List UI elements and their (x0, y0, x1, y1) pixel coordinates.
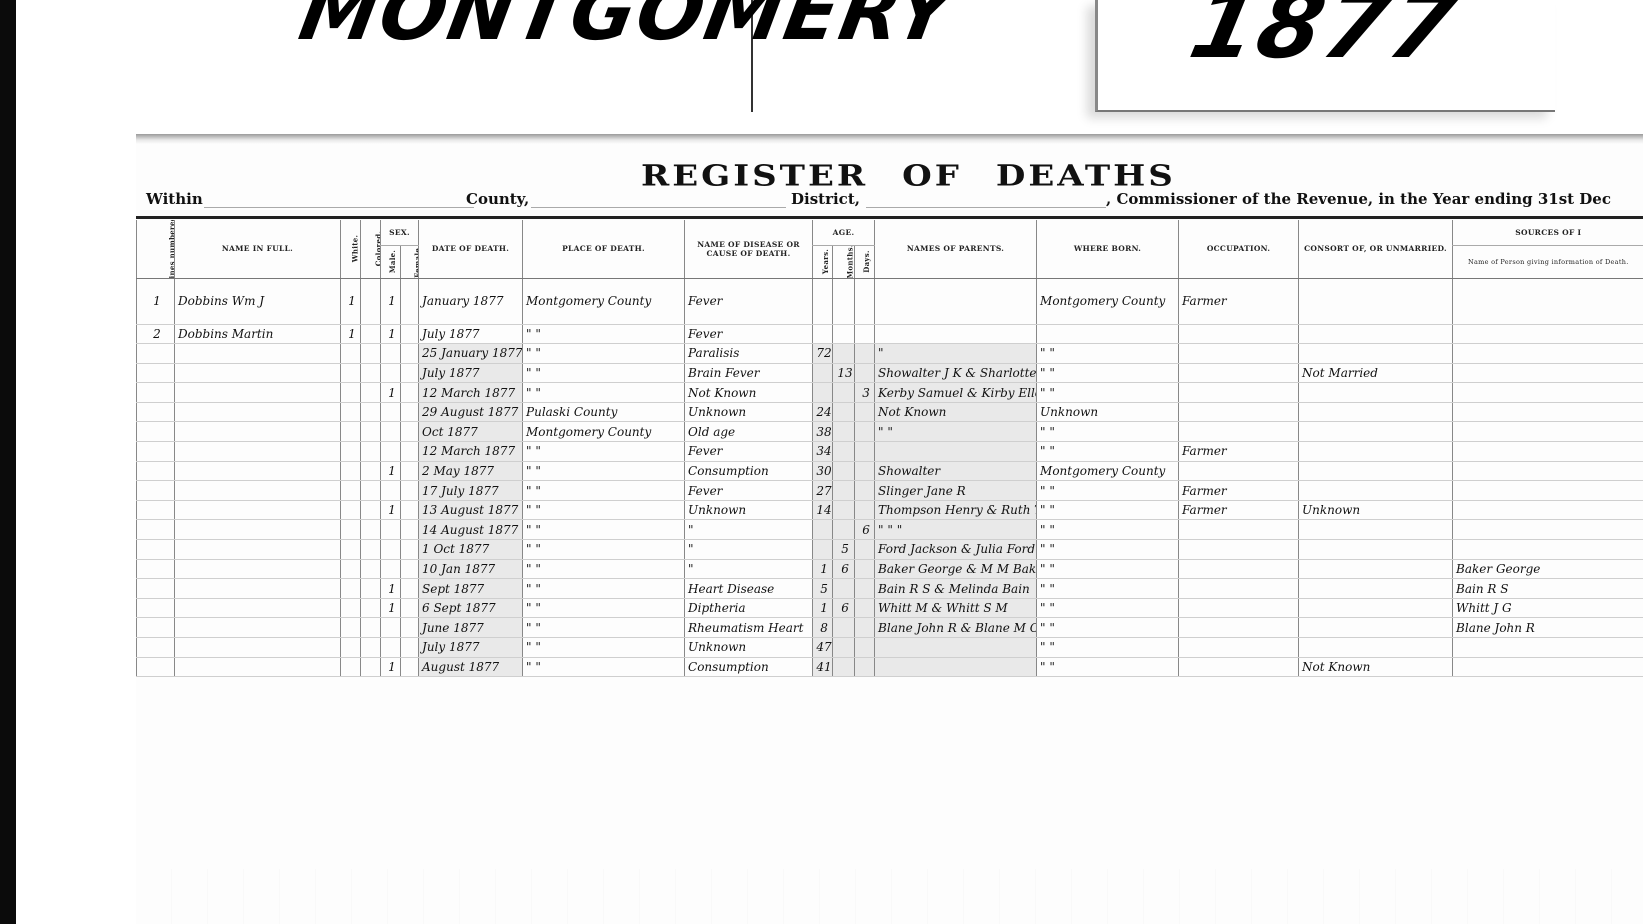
table-row: 17 July 1877" "Fever27Slinger Jane R" "F… (137, 481, 1643, 501)
cell-empty (361, 422, 381, 442)
cell-born (1037, 324, 1179, 344)
cell-days (855, 278, 875, 324)
cell-male (381, 442, 401, 462)
title-word: OF (902, 159, 962, 193)
cell-days (855, 598, 875, 618)
cell-white (341, 383, 361, 403)
cell-disease: Paralisis (685, 344, 813, 364)
cell-years: 72 (813, 344, 833, 364)
cell-informant (1453, 481, 1643, 501)
cell-informant (1453, 461, 1643, 481)
cell-date: 10 Jan 1877 (419, 559, 523, 579)
cell-line (137, 363, 175, 383)
col-male: Male. (381, 245, 401, 278)
table-row: 1August 1877" "Consumption41" "Not Known (137, 657, 1643, 677)
cell-consort (1299, 481, 1453, 501)
county-label-card: MONTGOMERY (283, 0, 753, 112)
col-disease: NAME OF DISEASE OR CAUSE OF DEATH. (685, 220, 813, 278)
table-row: 12 March 1877" "Fever34" "Farmer (137, 442, 1643, 462)
cell-years: 34 (813, 442, 833, 462)
col-sex-group: SEX. (381, 220, 419, 245)
cell-disease: Fever (685, 442, 813, 462)
cell-months: 5 (833, 540, 855, 560)
cell-informant (1453, 540, 1643, 560)
cell-name (175, 481, 341, 501)
cell-line (137, 481, 175, 501)
cell-male (381, 402, 401, 422)
cell-days (855, 481, 875, 501)
cell-male (381, 540, 401, 560)
cell-months (833, 442, 855, 462)
cell-white (341, 657, 361, 677)
cell-months (833, 500, 855, 520)
table-row: 14 August 1877" ""6" " "" " (137, 520, 1643, 540)
cell-disease: " (685, 520, 813, 540)
cell-years (813, 540, 833, 560)
col-informant: Name of Person giving information of Dea… (1453, 245, 1643, 278)
cell-years: 5 (813, 579, 833, 599)
cell-informant (1453, 638, 1643, 658)
cell-consort (1299, 520, 1453, 540)
cell-born: " " (1037, 383, 1179, 403)
cell-parents: Whitt M & Whitt S M (875, 598, 1037, 618)
cell-occupation (1179, 402, 1299, 422)
cell-white (341, 520, 361, 540)
cell-disease: Heart Disease (685, 579, 813, 599)
cell-born: " " (1037, 638, 1179, 658)
cell-born: " " (1037, 481, 1179, 501)
cell-informant (1453, 278, 1643, 324)
cell-white (341, 363, 361, 383)
cell-months (833, 579, 855, 599)
cell-name (175, 383, 341, 403)
col-consort: CONSORT OF, OR UNMARRIED. (1299, 220, 1453, 278)
cell-date: July 1877 (419, 363, 523, 383)
cell-empty (361, 598, 381, 618)
cell-date: Oct 1877 (419, 422, 523, 442)
cell-date: 25 January 1877 (419, 344, 523, 364)
cell-name (175, 540, 341, 560)
cell-months: 6 (833, 559, 855, 579)
cell-parents (875, 638, 1037, 658)
cell-line (137, 383, 175, 403)
cell-months: 6 (833, 598, 855, 618)
cell-name (175, 363, 341, 383)
cell-empty (401, 618, 419, 638)
col-days: Days. (855, 245, 875, 278)
cell-years (813, 520, 833, 540)
cell-place: " " (523, 598, 685, 618)
cell-male: 1 (381, 383, 401, 403)
cell-occupation (1179, 383, 1299, 403)
within-label: Within (146, 190, 203, 208)
cell-months (833, 324, 855, 344)
cell-name (175, 402, 341, 422)
cell-empty (361, 442, 381, 462)
district-label: District, (791, 190, 860, 208)
col-parents: NAMES OF PARENTS. (875, 220, 1037, 278)
register-table: Lines numbered. NAME IN FULL. White. Col… (136, 220, 1643, 677)
cell-born: " " (1037, 598, 1179, 618)
cell-date: 14 August 1877 (419, 520, 523, 540)
cell-consort: Unknown (1299, 500, 1453, 520)
cell-occupation: Farmer (1179, 481, 1299, 501)
cell-empty (401, 344, 419, 364)
register-header-line: Within County, District, , Commissioner … (146, 190, 1643, 216)
col-date: DATE OF DEATH. (419, 220, 523, 278)
cell-empty (401, 500, 419, 520)
table-row: June 1877" "Rheumatism Heart8Blane John … (137, 618, 1643, 638)
cell-empty (361, 278, 381, 324)
cell-consort (1299, 598, 1453, 618)
within-field (204, 190, 474, 208)
cell-disease: Fever (685, 278, 813, 324)
cell-empty (401, 657, 419, 677)
col-years: Years. (813, 245, 833, 278)
cell-days (855, 402, 875, 422)
cell-occupation (1179, 324, 1299, 344)
cell-parents: Showalter J K & Sharlotte Tangle (875, 363, 1037, 383)
cell-consort (1299, 461, 1453, 481)
cell-parents: " " (875, 422, 1037, 442)
cell-white (341, 618, 361, 638)
cell-occupation (1179, 559, 1299, 579)
cell-informant (1453, 383, 1643, 403)
cell-place: " " (523, 324, 685, 344)
cell-place: " " (523, 520, 685, 540)
cell-place: " " (523, 481, 685, 501)
cell-empty (401, 422, 419, 442)
table-row: 113 August 1877" "Unknown14Thompson Henr… (137, 500, 1643, 520)
header-rule (136, 216, 1643, 219)
cell-informant (1453, 442, 1643, 462)
cell-occupation (1179, 638, 1299, 658)
cell-months (833, 461, 855, 481)
cell-line (137, 638, 175, 658)
cell-empty (361, 579, 381, 599)
cell-occupation (1179, 461, 1299, 481)
cell-informant: Baker George (1453, 559, 1643, 579)
cell-place: " " (523, 638, 685, 658)
cell-empty (401, 363, 419, 383)
cell-line (137, 422, 175, 442)
cell-name (175, 442, 341, 462)
cell-years: 30 (813, 461, 833, 481)
cell-white (341, 442, 361, 462)
cell-date: August 1877 (419, 657, 523, 677)
cell-consort (1299, 540, 1453, 560)
cell-years: 41 (813, 657, 833, 677)
cell-place: " " (523, 540, 685, 560)
cell-consort: Not Known (1299, 657, 1453, 677)
cell-name (175, 461, 341, 481)
col-female: Female. (401, 245, 419, 278)
cell-place: " " (523, 383, 685, 403)
col-lines-numbered: Lines numbered. (137, 220, 175, 278)
cell-male (381, 520, 401, 540)
sheet-edge (136, 134, 1643, 144)
cell-empty (361, 383, 381, 403)
cell-occupation (1179, 598, 1299, 618)
register-title: REGISTEROFDEATHS (641, 159, 1210, 193)
table-row: July 1877" "Brain Fever13Showalter J K &… (137, 363, 1643, 383)
cell-consort: Not Married (1299, 363, 1453, 383)
col-white: White. (341, 220, 361, 278)
cell-empty (401, 383, 419, 403)
cell-line: 2 (137, 324, 175, 344)
cell-days (855, 442, 875, 462)
cell-parents: Showalter (875, 461, 1037, 481)
cell-informant (1453, 500, 1643, 520)
cell-years: 8 (813, 618, 833, 638)
cell-consort (1299, 579, 1453, 599)
cell-born: " " (1037, 540, 1179, 560)
cell-name (175, 579, 341, 599)
cell-empty (361, 540, 381, 560)
cell-white (341, 422, 361, 442)
cell-name: Dobbins Wm J (175, 278, 341, 324)
cell-white: 1 (341, 278, 361, 324)
cell-disease: " (685, 559, 813, 579)
table-row: 2Dobbins Martin11July 1877" "Fever (137, 324, 1643, 344)
cell-line (137, 402, 175, 422)
cell-disease: Unknown (685, 402, 813, 422)
cell-informant (1453, 657, 1643, 677)
cell-name (175, 559, 341, 579)
cell-months (833, 520, 855, 540)
cell-empty (401, 579, 419, 599)
cell-born: " " (1037, 344, 1179, 364)
cell-occupation: Farmer (1179, 442, 1299, 462)
cell-years: 24 (813, 402, 833, 422)
cell-empty (401, 461, 419, 481)
cell-days (855, 500, 875, 520)
cell-disease: Unknown (685, 638, 813, 658)
cell-name (175, 598, 341, 618)
cell-born: Montgomery County (1037, 461, 1179, 481)
year-label-card: 1877 (1095, 0, 1555, 112)
cell-line (137, 540, 175, 560)
cell-consort (1299, 324, 1453, 344)
cell-male (381, 638, 401, 658)
cell-disease: Brain Fever (685, 363, 813, 383)
cell-years: 38 (813, 422, 833, 442)
header-row: Lines numbered. NAME IN FULL. White. Col… (137, 220, 1643, 245)
cell-line (137, 618, 175, 638)
cell-empty (361, 657, 381, 677)
cell-born: " " (1037, 363, 1179, 383)
cell-name: Dobbins Martin (175, 324, 341, 344)
commissioner-text: , Commissioner of the Revenue, in the Ye… (1106, 190, 1611, 208)
cell-occupation (1179, 344, 1299, 364)
cell-white (341, 540, 361, 560)
cell-consort (1299, 638, 1453, 658)
cell-place: " " (523, 461, 685, 481)
cell-date: 1 Oct 1877 (419, 540, 523, 560)
cell-months (833, 657, 855, 677)
col-months: Months. (833, 245, 855, 278)
cell-place: " " (523, 442, 685, 462)
cell-years: 1 (813, 598, 833, 618)
cell-male (381, 481, 401, 501)
cell-male (381, 618, 401, 638)
cell-date: 17 July 1877 (419, 481, 523, 501)
cell-white (341, 500, 361, 520)
cell-parents: Ford Jackson & Julia Ford (875, 540, 1037, 560)
year-label-text: 1877 (1182, 0, 1469, 79)
cell-months (833, 422, 855, 442)
cell-name (175, 618, 341, 638)
cell-born: " " (1037, 442, 1179, 462)
cell-place: Pulaski County (523, 402, 685, 422)
cell-place: " " (523, 618, 685, 638)
cell-date: Sept 1877 (419, 579, 523, 599)
cell-born: " " (1037, 520, 1179, 540)
cell-disease: Consumption (685, 657, 813, 677)
cell-years: 47 (813, 638, 833, 658)
cell-place: " " (523, 559, 685, 579)
cell-days (855, 638, 875, 658)
cell-parents: Thompson Henry & Ruth Thompson (875, 500, 1037, 520)
cell-empty (401, 638, 419, 658)
col-where-born: WHERE BORN. (1037, 220, 1179, 278)
cell-date: 12 March 1877 (419, 383, 523, 403)
cell-occupation (1179, 422, 1299, 442)
cell-male: 1 (381, 278, 401, 324)
cell-days (855, 540, 875, 560)
cell-parents: Slinger Jane R (875, 481, 1037, 501)
cell-white (341, 559, 361, 579)
cell-consort (1299, 344, 1453, 364)
col-age-group: AGE. (813, 220, 875, 245)
cell-parents (875, 324, 1037, 344)
cell-born: " " (1037, 618, 1179, 638)
cell-parents (875, 442, 1037, 462)
cell-informant (1453, 363, 1643, 383)
cell-empty (361, 461, 381, 481)
title-word: REGISTER (641, 159, 868, 193)
cell-empty (401, 402, 419, 422)
cell-name (175, 422, 341, 442)
table-row: 10 Jan 1877" ""16Baker George & M M Bake… (137, 559, 1643, 579)
cell-name (175, 500, 341, 520)
cell-days (855, 461, 875, 481)
cell-informant (1453, 520, 1643, 540)
cell-informant: Bain R S (1453, 579, 1643, 599)
cell-line (137, 442, 175, 462)
cell-months (833, 383, 855, 403)
cell-date: 2 May 1877 (419, 461, 523, 481)
cell-disease: Old age (685, 422, 813, 442)
cell-months (833, 618, 855, 638)
cell-line (137, 598, 175, 618)
cell-days (855, 579, 875, 599)
cell-informant (1453, 422, 1643, 442)
cell-place: " " (523, 363, 685, 383)
cell-place: " " (523, 579, 685, 599)
cell-male: 1 (381, 324, 401, 344)
blank-ruled-area (136, 869, 1643, 924)
cell-occupation: Farmer (1179, 278, 1299, 324)
cell-disease: " (685, 540, 813, 560)
cell-place: " " (523, 500, 685, 520)
cell-parents: Baker George & M M Baker (875, 559, 1037, 579)
cell-months (833, 344, 855, 364)
cell-consort (1299, 383, 1453, 403)
cell-born: Montgomery County (1037, 278, 1179, 324)
cell-empty (361, 324, 381, 344)
table-row: 1Sept 1877" "Heart Disease5Bain R S & Me… (137, 579, 1643, 599)
cell-date: July 1877 (419, 638, 523, 658)
cell-consort (1299, 442, 1453, 462)
table-row: July 1877" "Unknown47" " (137, 638, 1643, 658)
cell-born: " " (1037, 559, 1179, 579)
district-field (866, 190, 1106, 208)
col-name: NAME IN FULL. (175, 220, 341, 278)
cell-male: 1 (381, 598, 401, 618)
county-field (531, 190, 786, 208)
cell-disease: Rheumatism Heart (685, 618, 813, 638)
cell-consort (1299, 559, 1453, 579)
table-row: 29 August 1877Pulaski CountyUnknown24Not… (137, 402, 1643, 422)
cell-years: 14 (813, 500, 833, 520)
cell-line (137, 461, 175, 481)
cell-empty (361, 618, 381, 638)
cell-disease: Fever (685, 481, 813, 501)
cell-occupation: Farmer (1179, 500, 1299, 520)
cell-occupation (1179, 540, 1299, 560)
cell-name (175, 520, 341, 540)
cell-months: 13 (833, 363, 855, 383)
cell-date: June 1877 (419, 618, 523, 638)
cell-male (381, 344, 401, 364)
cell-name (175, 344, 341, 364)
cell-male (381, 363, 401, 383)
cell-days (855, 344, 875, 364)
cell-days (855, 363, 875, 383)
cell-empty (361, 520, 381, 540)
cell-occupation (1179, 520, 1299, 540)
cell-born: " " (1037, 579, 1179, 599)
cell-informant (1453, 344, 1643, 364)
cell-informant (1453, 402, 1643, 422)
cell-date: January 1877 (419, 278, 523, 324)
cell-empty (361, 559, 381, 579)
cell-parents: Not Known (875, 402, 1037, 422)
cell-months (833, 638, 855, 658)
cell-occupation (1179, 579, 1299, 599)
col-colored: Colored. (361, 220, 381, 278)
scan-edge (0, 0, 16, 924)
col-occupation: OCCUPATION. (1179, 220, 1299, 278)
cell-date: July 1877 (419, 324, 523, 344)
cell-empty (401, 540, 419, 560)
cell-months (833, 481, 855, 501)
cell-line (137, 500, 175, 520)
cell-days: 3 (855, 383, 875, 403)
cell-parents: " (875, 344, 1037, 364)
cell-white (341, 638, 361, 658)
cell-disease: Diptheria (685, 598, 813, 618)
register-sheet: REGISTEROFDEATHS Within County, District… (136, 134, 1643, 924)
cell-born: " " (1037, 422, 1179, 442)
cell-date: 13 August 1877 (419, 500, 523, 520)
cell-empty (401, 559, 419, 579)
cell-parents (875, 657, 1037, 677)
cell-male (381, 422, 401, 442)
cell-empty (361, 638, 381, 658)
cell-place: " " (523, 344, 685, 364)
